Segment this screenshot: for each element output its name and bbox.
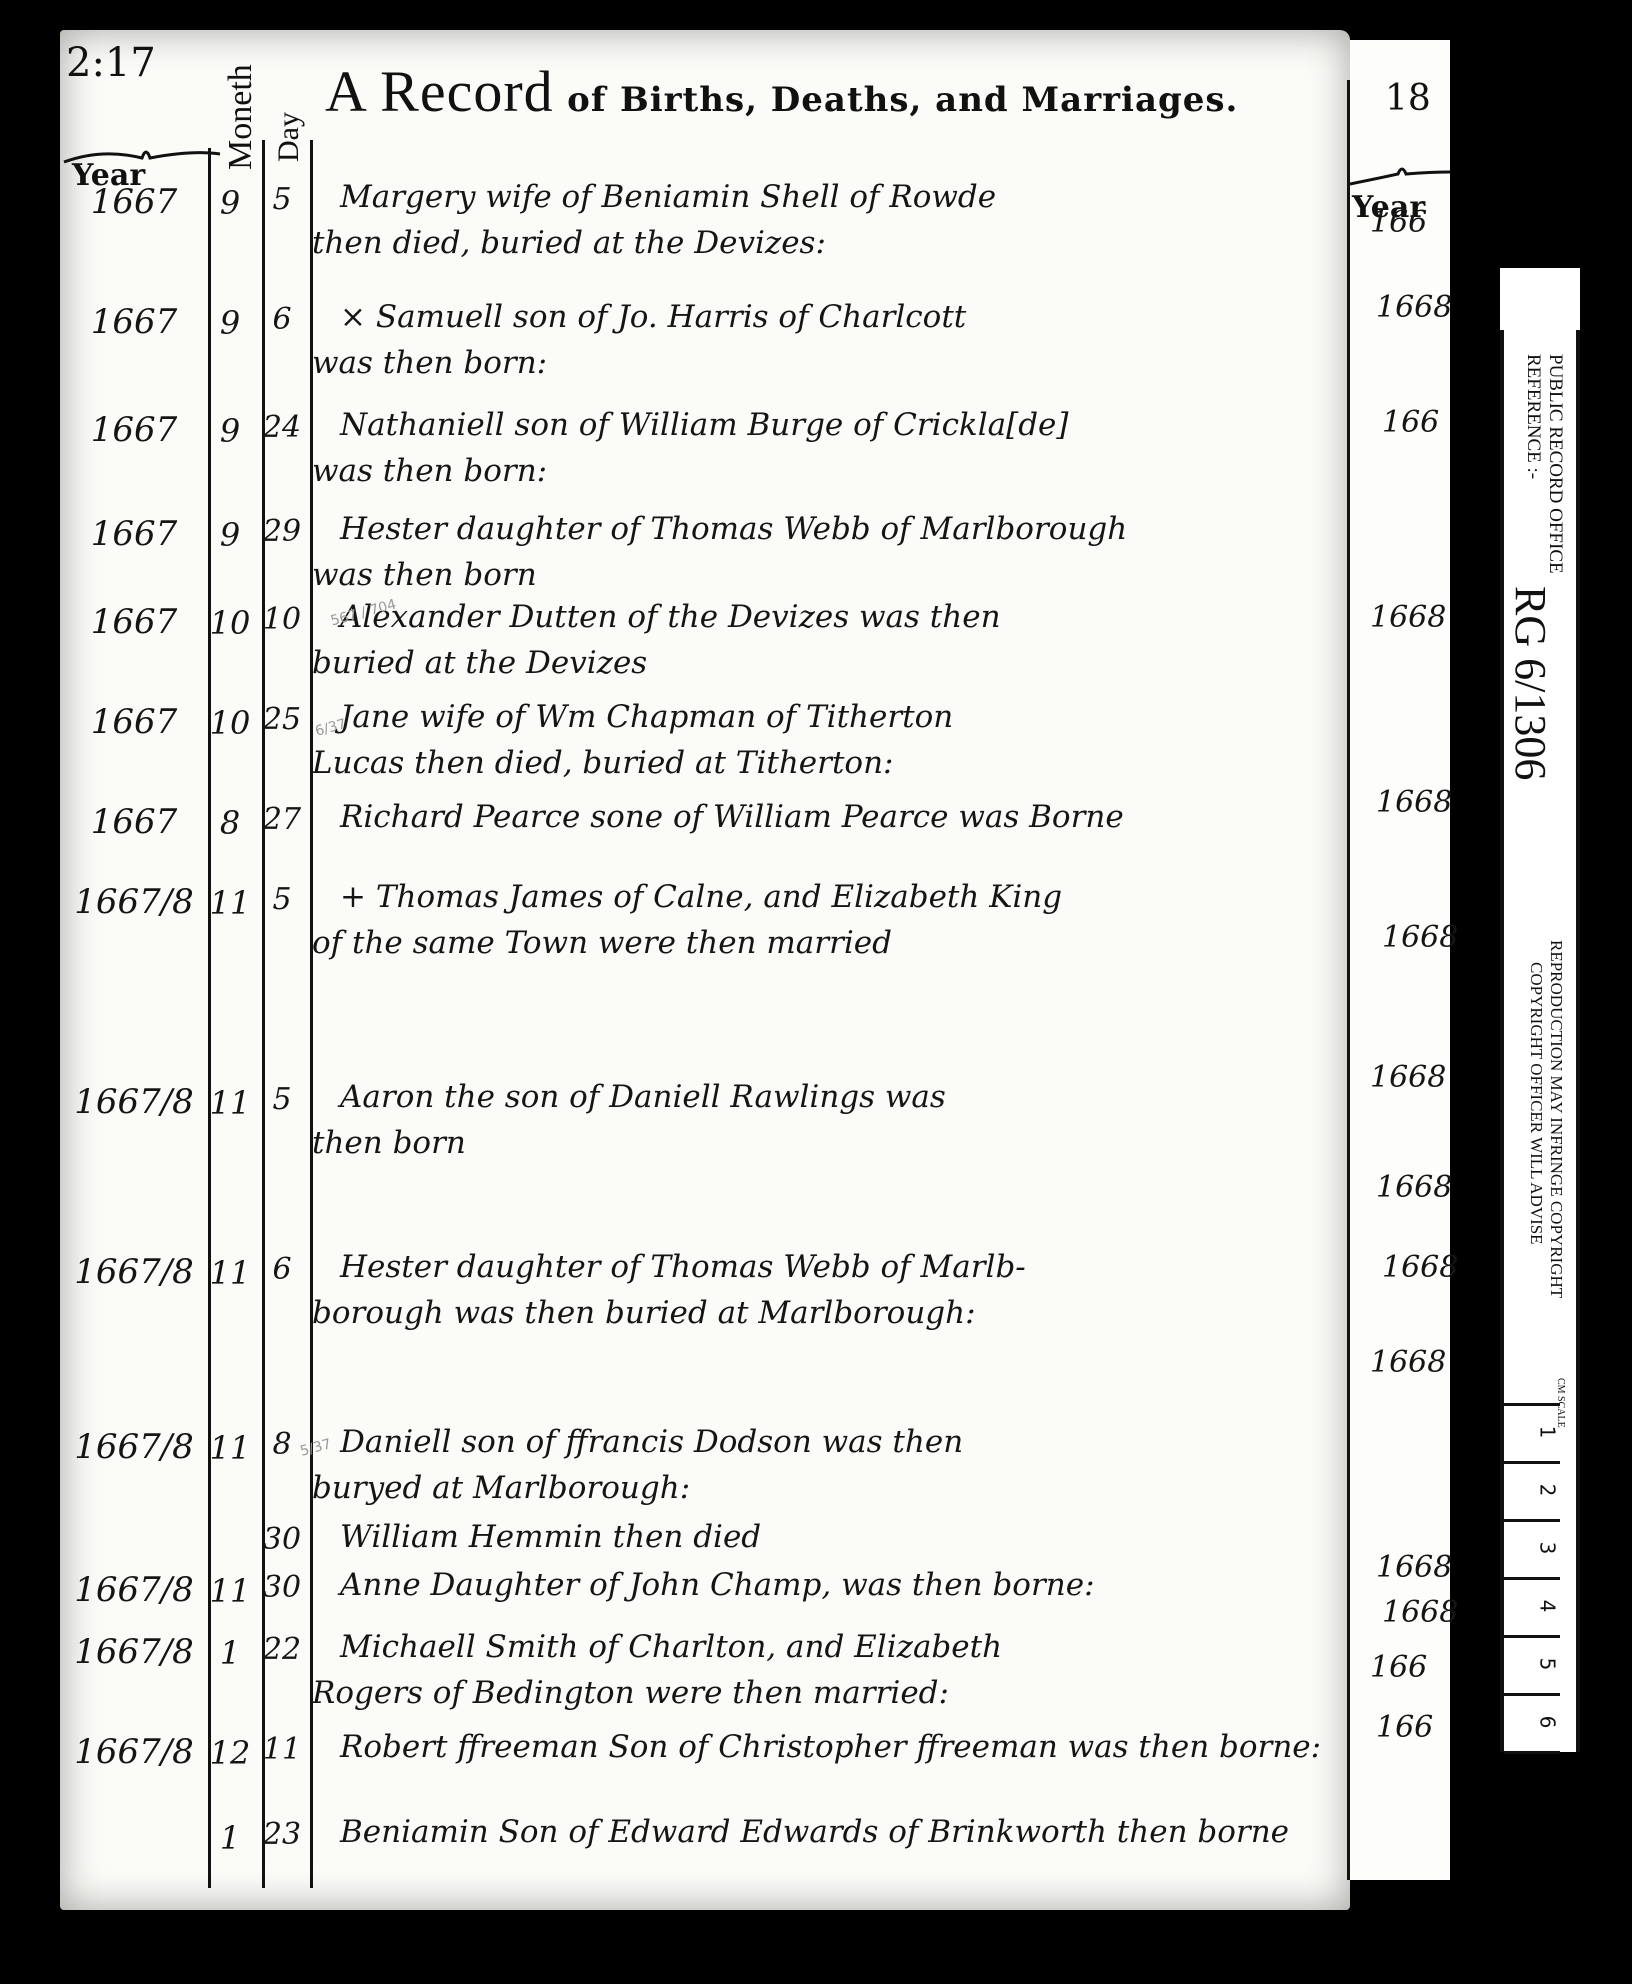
register-entry: 123Beniamin Son of Edward Edwards of Bri… bbox=[0, 1815, 1400, 1816]
entry-text-line: was then born: bbox=[312, 340, 547, 386]
register-entry: 1667/8122Michaell Smith of Charlton, and… bbox=[0, 1630, 1400, 1631]
entry-day: 23 bbox=[258, 1817, 306, 1852]
folio-left: 2:17 bbox=[66, 40, 156, 86]
scale-tick-label: 1 bbox=[1536, 1426, 1560, 1439]
archive-label: PUBLIC RECORD OFFICE REFERENCE :- RG 6/1… bbox=[1500, 268, 1580, 1752]
entry-month: 12 bbox=[205, 1734, 255, 1772]
entry-text-line: Jane wife of Wm Chapman of Titherton bbox=[340, 694, 953, 740]
label-copyright-line1: REPRODUCTION MAY INFRINGE COPYRIGHT bbox=[1546, 940, 1566, 1298]
facing-page-year: 166 bbox=[1370, 205, 1427, 240]
scale-tick: 4 bbox=[1504, 1577, 1560, 1638]
entry-day: 25 bbox=[258, 702, 306, 737]
entry-text-line: then died, buried at the Devizes: bbox=[312, 220, 826, 266]
register-entry: 1667/8115+ Thomas James of Calne, and El… bbox=[0, 880, 1400, 881]
facing-page-year: 1668 bbox=[1370, 600, 1446, 635]
entry-text-line: was then born bbox=[312, 552, 537, 598]
label-reference-caption: REFERENCE :- bbox=[1522, 354, 1544, 479]
rule-page-edge bbox=[1347, 80, 1350, 1880]
entry-month: 10 bbox=[205, 704, 255, 742]
entry-year: 1667 bbox=[74, 602, 194, 642]
facing-page-year: 1668 bbox=[1376, 1170, 1452, 1205]
register-entry: 1667827Richard Pearce sone of William Pe… bbox=[0, 800, 1400, 801]
entry-text-line: was then born: bbox=[312, 448, 547, 494]
entry-day: 10 bbox=[258, 602, 306, 637]
label-copyright-line2: COPYRIGHT OFFICER WILL ADVISE bbox=[1526, 962, 1546, 1245]
register-entry: 1667/81130Anne Daughter of John Champ, w… bbox=[0, 1568, 1400, 1569]
entry-year: 1667 bbox=[74, 702, 194, 742]
entry-text-line: Nathaniell son of William Burge of Crick… bbox=[340, 402, 1069, 448]
facing-page-year: 1668 bbox=[1382, 1595, 1458, 1630]
entry-text-line: Rogers of Bedington were then married: bbox=[312, 1670, 949, 1716]
register-entry: 30William Hemmin then died bbox=[0, 1520, 1400, 1521]
scale-end bbox=[1504, 1751, 1560, 1754]
entry-text-line: Michaell Smith of Charlton, and Elizabet… bbox=[340, 1624, 1002, 1670]
entry-month: 1 bbox=[205, 1819, 255, 1857]
entry-month: 11 bbox=[205, 1429, 255, 1467]
register-entry: 1667/8116Hester daughter of Thomas Webb … bbox=[0, 1250, 1400, 1251]
entry-month: 10 bbox=[205, 604, 255, 642]
month-column-header: Moneth bbox=[222, 64, 260, 170]
entry-month: 9 bbox=[205, 304, 255, 342]
entry-day: 29 bbox=[258, 514, 306, 549]
entry-text-line: Margery wife of Beniamin Shell of Rowde bbox=[340, 174, 996, 220]
facing-page-year: 166 bbox=[1376, 1710, 1433, 1745]
entry-month: 8 bbox=[205, 804, 255, 842]
scale-tick-label: 3 bbox=[1536, 1542, 1560, 1555]
rule-year-month bbox=[208, 148, 211, 1888]
facing-page-year: 1668 bbox=[1376, 785, 1452, 820]
entry-text-line: Hester daughter of Thomas Webb of Marlbo… bbox=[340, 506, 1127, 552]
facing-page-year: 1668 bbox=[1376, 290, 1452, 325]
register-entry: 1667/8118Daniell son of ffrancis Dodson … bbox=[0, 1425, 1400, 1426]
entry-year: 1667/8 bbox=[74, 1570, 194, 1610]
entry-month: 11 bbox=[205, 1254, 255, 1292]
register-entry: 1667929Hester daughter of Thomas Webb of… bbox=[0, 512, 1400, 513]
entry-day: 24 bbox=[258, 410, 306, 445]
entry-text-line: Hester daughter of Thomas Webb of Marlb- bbox=[340, 1244, 1026, 1290]
entry-day: 6 bbox=[258, 302, 306, 337]
register-entry: 1667/81211Robert ffreeman Son of Christo… bbox=[0, 1730, 1400, 1731]
register-entry: 166796× Samuell son of Jo. Harris of Cha… bbox=[0, 300, 1400, 301]
entry-day: 5 bbox=[258, 182, 306, 217]
entry-year: 1667/8 bbox=[74, 1252, 194, 1292]
entry-text-line: Richard Pearce sone of William Pearce wa… bbox=[340, 794, 1124, 840]
entry-year: 1667 bbox=[74, 514, 194, 554]
entry-month: 11 bbox=[205, 884, 255, 922]
scale-tick-label: 4 bbox=[1536, 1600, 1560, 1613]
entry-text-line: × Samuell son of Jo. Harris of Charlcott bbox=[340, 294, 966, 340]
entry-text-line: Daniell son of ffrancis Dodson was then bbox=[340, 1419, 963, 1465]
entry-day: 22 bbox=[258, 1632, 306, 1667]
entry-year: 1667 bbox=[74, 410, 194, 450]
entry-text-line: Robert ffreeman Son of Christopher ffree… bbox=[340, 1724, 1321, 1770]
entry-text-line: of the same Town were then married bbox=[312, 920, 892, 966]
entry-text-line: Anne Daughter of John Champ, was then bo… bbox=[340, 1562, 1095, 1608]
entry-year: 1667/8 bbox=[74, 882, 194, 922]
entry-month: 9 bbox=[205, 516, 255, 554]
folio-right: 18 bbox=[1385, 78, 1431, 119]
entry-text-line: buried at the Devizes bbox=[312, 640, 647, 686]
entry-day: 30 bbox=[258, 1522, 306, 1557]
facing-page-year: 1668 bbox=[1370, 1060, 1446, 1095]
entry-month: 9 bbox=[205, 184, 255, 222]
facing-page-year: 1668 bbox=[1376, 1550, 1452, 1585]
facing-page-year: 1668 bbox=[1382, 1250, 1458, 1285]
scale-tick-label: 2 bbox=[1536, 1484, 1560, 1497]
register-entry: 16671010Alexander Dutten of the Devizes … bbox=[0, 600, 1400, 601]
entry-year: 1667 bbox=[74, 182, 194, 222]
facing-page-year: 166 bbox=[1382, 405, 1439, 440]
entry-year: 1667/8 bbox=[74, 1732, 194, 1772]
day-column-header: Day bbox=[272, 112, 306, 162]
entry-year: 1667 bbox=[74, 302, 194, 342]
entry-month: 9 bbox=[205, 412, 255, 450]
scale-tick-label: 5 bbox=[1536, 1658, 1560, 1671]
label-reference-number: RG 6/1306 bbox=[1505, 586, 1556, 780]
title-main: A Record bbox=[325, 59, 554, 124]
entry-text-line: Beniamin Son of Edward Edwards of Brinkw… bbox=[340, 1809, 1289, 1855]
entry-day: 30 bbox=[258, 1570, 306, 1605]
scale-tick: 1 bbox=[1504, 1403, 1560, 1464]
entry-month: 11 bbox=[205, 1572, 255, 1610]
rule-day-text bbox=[310, 140, 313, 1888]
register-entry: 1667924Nathaniell son of William Burge o… bbox=[0, 408, 1400, 409]
entry-text-line: Alexander Dutten of the Devizes was then bbox=[340, 594, 1001, 640]
register-entry: 166795Margery wife of Beniamin Shell of … bbox=[0, 180, 1400, 181]
scale-tick: 5 bbox=[1504, 1635, 1560, 1696]
entry-text-line: Aaron the son of Daniell Rawlings was bbox=[340, 1074, 946, 1120]
cm-scale: 123456 bbox=[1504, 1403, 1568, 1751]
entry-text-line: + Thomas James of Calne, and Elizabeth K… bbox=[340, 874, 1062, 920]
entry-day: 5 bbox=[258, 882, 306, 917]
entry-month: 11 bbox=[205, 1084, 255, 1122]
scale-tick: 3 bbox=[1504, 1519, 1560, 1580]
entry-day: 11 bbox=[258, 1732, 306, 1767]
entry-text-line: Lucas then died, buried at Titherton: bbox=[312, 740, 894, 786]
scale-tick: 2 bbox=[1504, 1461, 1560, 1522]
scale-tick-label: 6 bbox=[1536, 1716, 1560, 1729]
title-of: of bbox=[567, 80, 606, 120]
entry-month: 1 bbox=[205, 1634, 255, 1672]
entry-text-line: buryed at Marlborough: bbox=[312, 1465, 690, 1511]
scale-tick: 6 bbox=[1504, 1693, 1560, 1754]
entry-day: 27 bbox=[258, 802, 306, 837]
page-title: A Record of Births, Deaths, and Marriage… bbox=[325, 58, 1238, 125]
register-entry: 1667/8115Aaron the son of Daniell Rawlin… bbox=[0, 1080, 1400, 1081]
entry-text-line: borough was then buried at Marlborough: bbox=[312, 1290, 976, 1336]
year-header-brace bbox=[62, 140, 222, 170]
facing-page-year: 1668 bbox=[1370, 1345, 1446, 1380]
facing-page-year: 1668 bbox=[1382, 920, 1458, 955]
rule-month-day bbox=[262, 140, 265, 1888]
facing-page-year: 166 bbox=[1370, 1650, 1427, 1685]
entry-day: 5 bbox=[258, 1082, 306, 1117]
entry-year: 1667 bbox=[74, 802, 194, 842]
entry-text-line: William Hemmin then died bbox=[340, 1514, 761, 1560]
title-rest: Births, Deaths, and Marriages. bbox=[620, 80, 1238, 120]
label-office: PUBLIC RECORD OFFICE bbox=[1544, 354, 1566, 574]
entry-text-line: then born bbox=[312, 1120, 466, 1166]
register-entry: 16671025Jane wife of Wm Chapman of Tithe… bbox=[0, 700, 1400, 701]
year-header-brace-right bbox=[1350, 160, 1450, 190]
entry-year: 1667/8 bbox=[74, 1427, 194, 1467]
entry-year: 1667/8 bbox=[74, 1632, 194, 1672]
entry-year: 1667/8 bbox=[74, 1082, 194, 1122]
entry-day: 6 bbox=[258, 1252, 306, 1287]
